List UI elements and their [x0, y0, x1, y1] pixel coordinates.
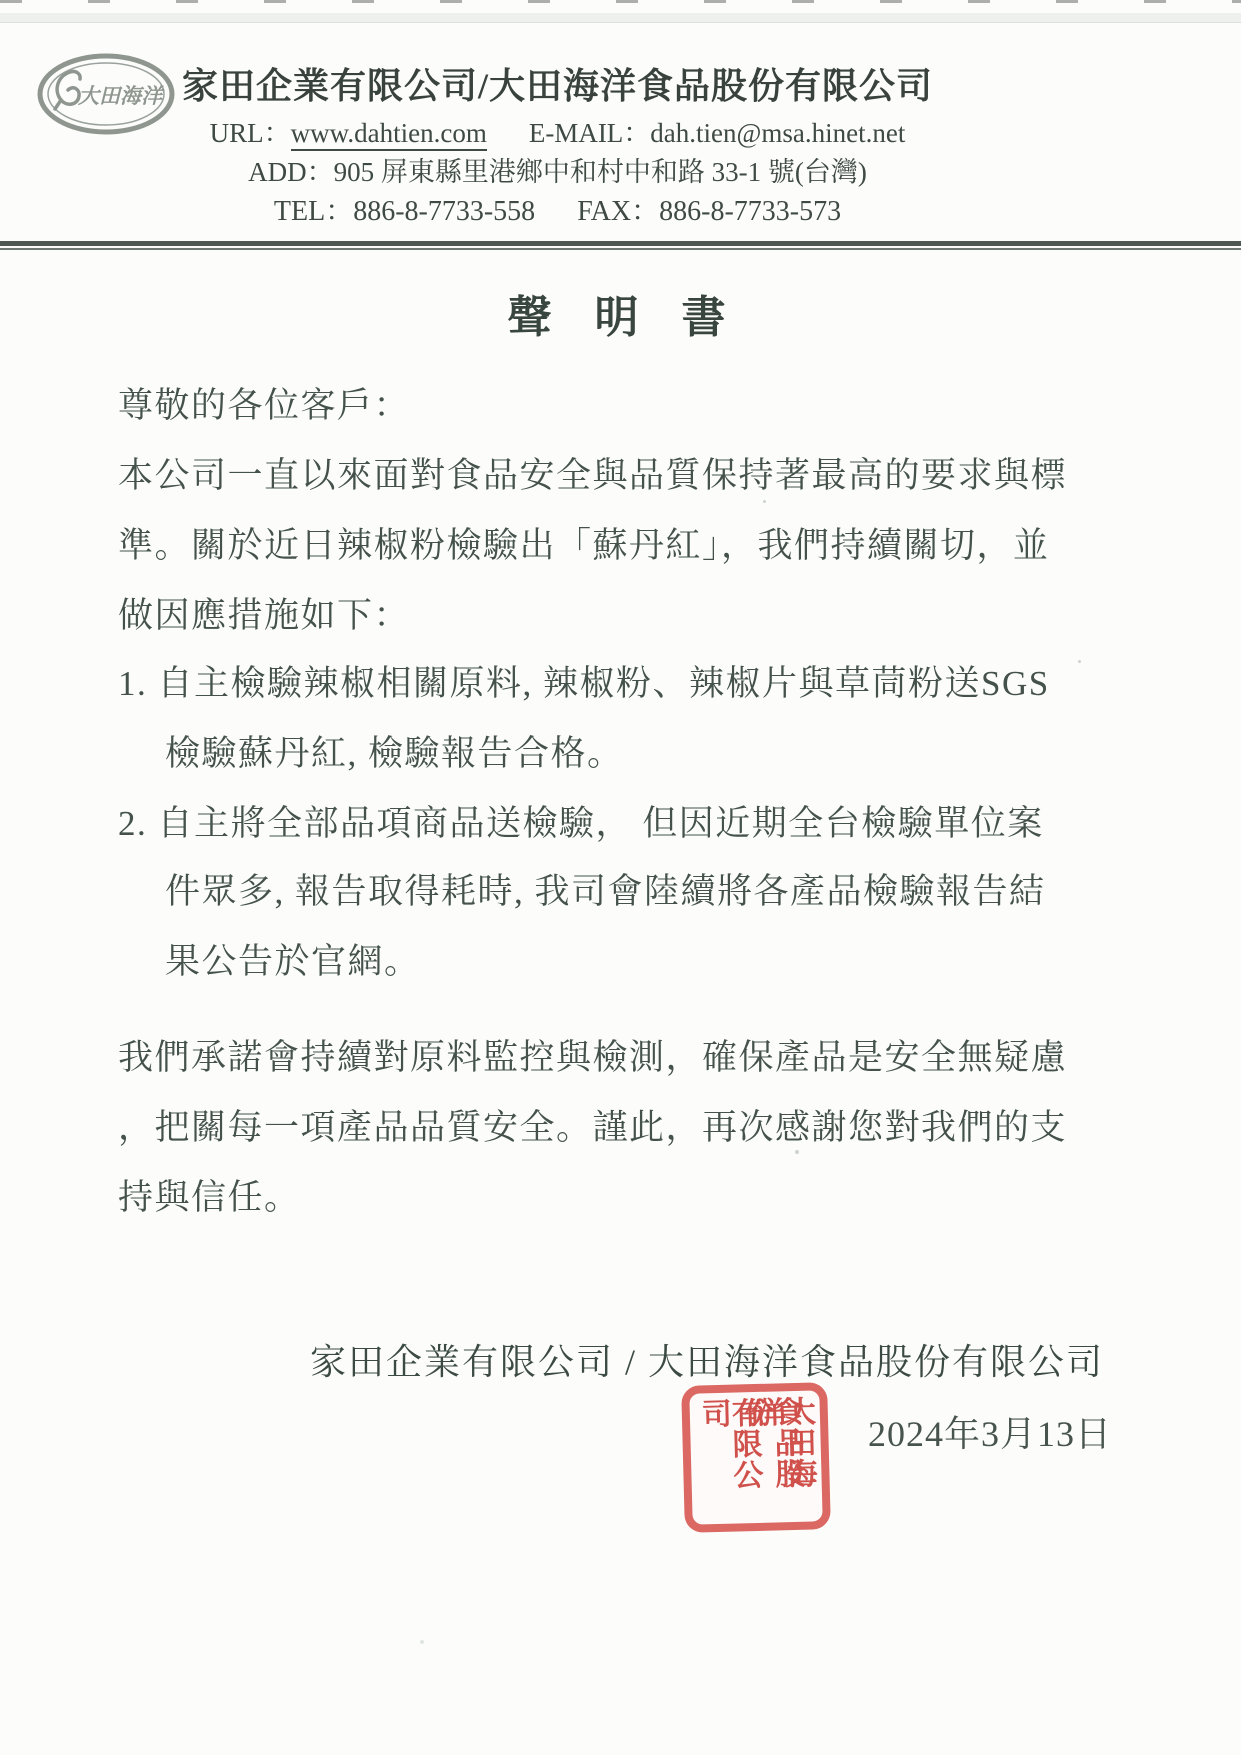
body-line: 做因應措施如下： — [118, 588, 410, 638]
company-seal-stamp: 大田海洋 食品股份 有限公司 — [681, 1382, 831, 1533]
body-line: 我們承諾會持續對原料監控與檢測，確保產品是安全無疑慮 — [118, 1030, 1067, 1080]
scanned-statement-page: 大田海洋 家田企業有限公司/大田海洋食品股份有限公司 URL：www.dahti… — [0, 0, 1241, 1755]
body-line: 2. 自主將全部品項商品送檢驗， 但因近期全台檢驗單位案 — [118, 796, 1044, 846]
body-line: 本公司一直以來面對食品安全與品質保持著最高的要求與標 — [118, 448, 1067, 498]
body-line: ，把關每一項產品品質安全。謹此，再次感謝您對我們的支 — [118, 1100, 1067, 1150]
body-line: 檢驗蘇丹紅, 檢驗報告合格。 — [165, 726, 624, 776]
body-line: 準。關於近日辣椒粉檢驗出「蘇丹紅」，我們持續關切，並 — [118, 518, 1050, 568]
body-text: 尊敬的各位客戶： 本公司一直以來面對食品安全與品質保持著最高的要求與標 準。關於… — [118, 0, 1128, 1300]
signature-text: 家田企業有限公司 / 大田海洋食品股份有限公司 — [310, 1334, 1104, 1385]
seal-column: 有限公司 — [697, 1397, 760, 1520]
body-line: 果公告於官網。 — [165, 934, 421, 984]
body-line: 尊敬的各位客戶： — [118, 378, 410, 428]
date-text: 2024年3月13日 — [868, 1406, 1112, 1457]
body-line: 1. 自主檢驗辣椒相關原料, 辣椒粉、辣椒片與草茼粉送SGS — [118, 656, 1050, 706]
scan-speck — [420, 1640, 424, 1644]
body-line: 持與信任。 — [118, 1170, 301, 1220]
body-line: 件眾多, 報告取得耗時, 我司會陸續將各產品檢驗報告結 — [165, 864, 1046, 914]
